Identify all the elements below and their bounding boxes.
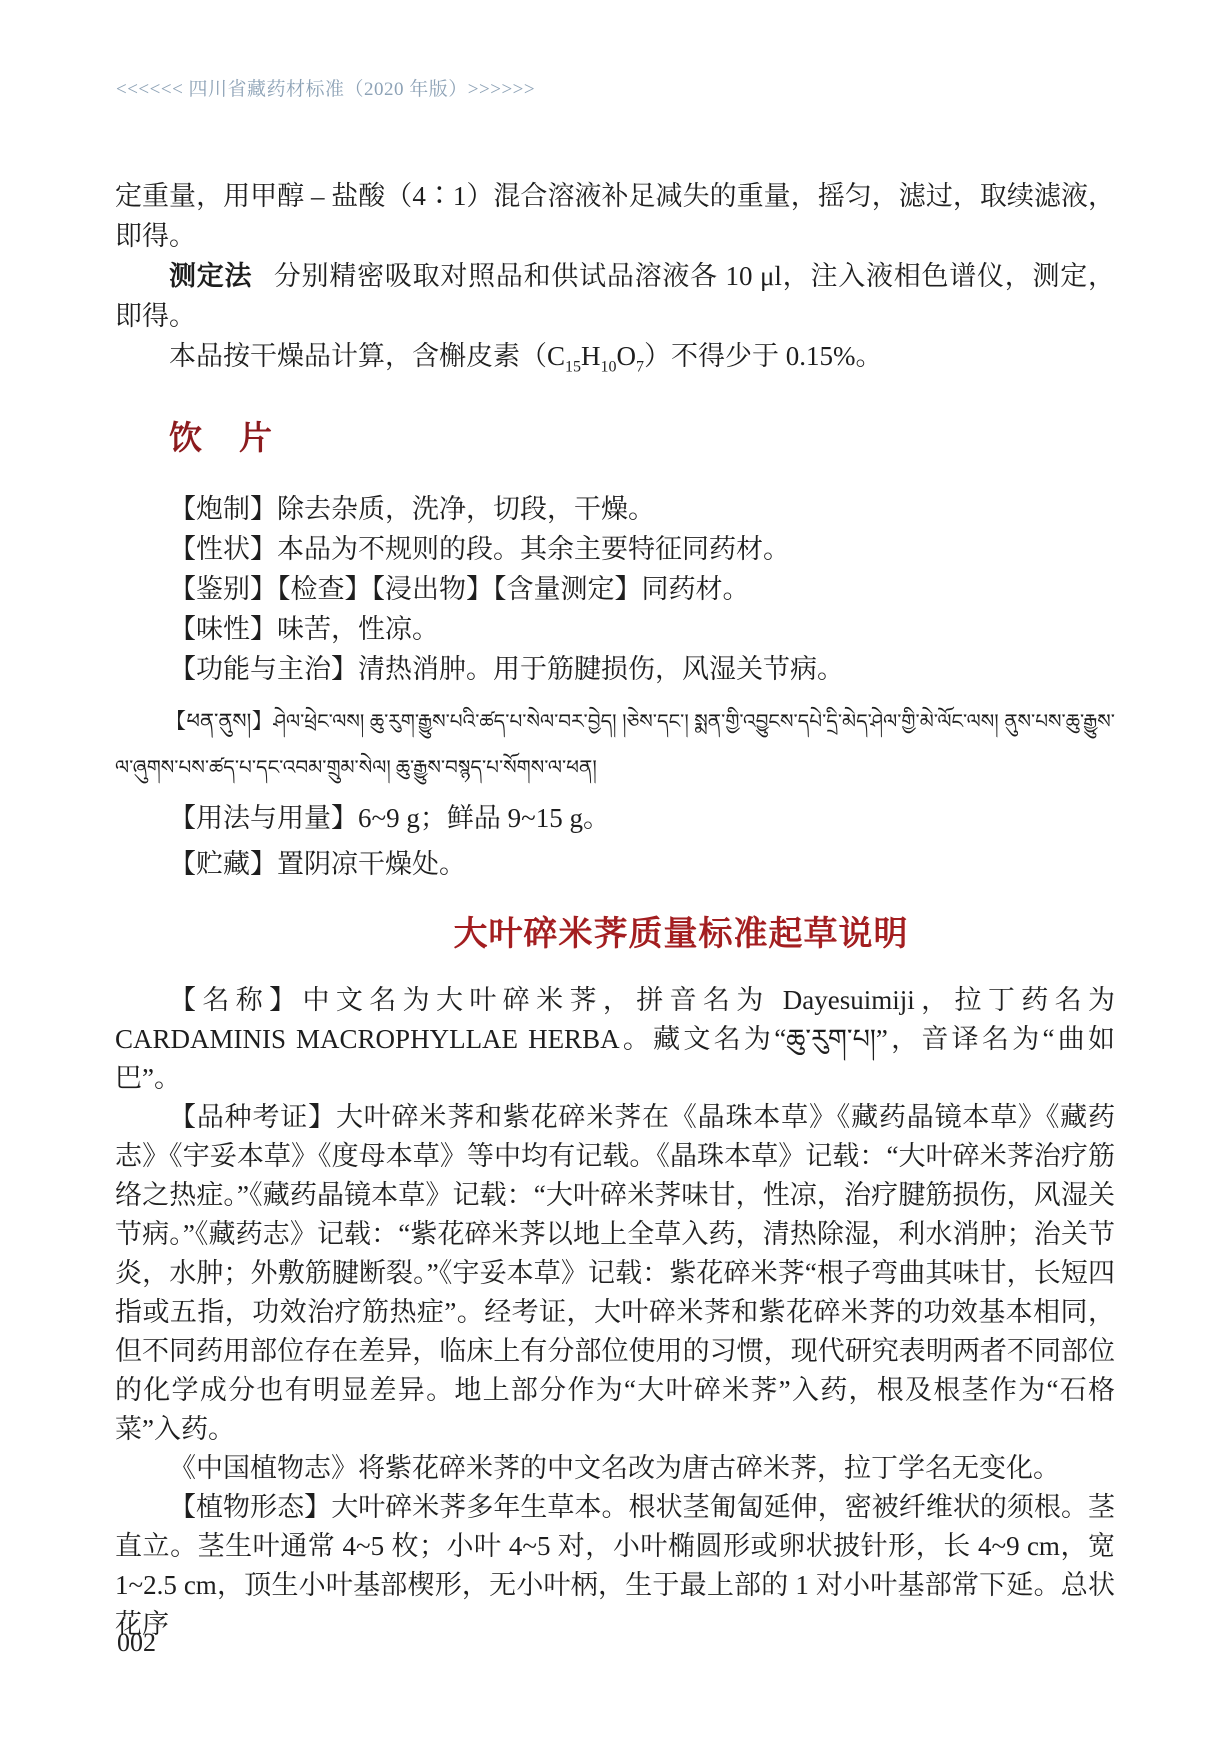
limit-text: O (617, 341, 637, 371)
entry-text: 本品为不规则的段。其余主要特征同药材。 (277, 534, 790, 564)
running-header: <<<<<< 四川省藏药材标准（2020 年版）>>>>>> (116, 74, 535, 101)
entry-text: 同药材。 (642, 574, 750, 604)
para-label: 【品种考证】 (169, 1102, 336, 1132)
para-zhongguo-zhiwuzhi: 《中国植物志》将紫花碎米荠的中文名改为唐古碎米荠，拉丁学名无变化。 (115, 1449, 1115, 1488)
limit-text: H (581, 341, 601, 371)
entry-label: 【功能与主治】 (169, 654, 358, 684)
entry-gongneng-zhuzhi: 【功能与主治】清热消肿。用于筋腱损伤，风湿关节病。 (115, 649, 1115, 689)
assay-method-text: 分别精密吸取对照品和供试品溶液各 10 μl，注入液相色谱仪，测定，即得。 (115, 261, 1115, 331)
entry-text: 清热消肿。用于筋腱损伤，风湿关节病。 (358, 654, 844, 684)
entry-text: 味苦，性凉。 (277, 614, 439, 644)
formula-subscript: 15 (565, 358, 581, 375)
entry-label: 【性状】 (169, 534, 277, 564)
yinpian-entries: 【炮制】除去杂质，洗净，切段，干燥。 【性状】本品为不规则的段。其余主要特征同药… (115, 489, 1115, 884)
continuation-paragraph: 定重量，用甲醇 – 盐酸（4∶1）混合溶液补足减失的重量，摇匀，滤过，取续滤液，… (115, 176, 1115, 256)
document-page: <<<<<< 四川省藏药材标准（2020 年版）>>>>>> 定重量，用甲醇 –… (0, 0, 1228, 1742)
explanation-section: 【名称】中文名为大叶碎米荠，拼音名为 Dayesuimiji，拉丁药名为 CAR… (115, 981, 1115, 1644)
entry-label: 【ཕན་ནུས།】 (165, 710, 273, 733)
para-label: 【名称】 (169, 985, 302, 1015)
entry-xingzhuang: 【性状】本品为不规则的段。其余主要特征同药材。 (115, 529, 1115, 569)
assay-section: 定重量，用甲醇 – 盐酸（4∶1）混合溶液补足减失的重量，摇匀，滤过，取续滤液，… (115, 176, 1115, 376)
entry-label: 【鉴别】【检查】【浸出物】【含量测定】 (169, 574, 642, 604)
para-text: 大叶碎米荠和紫花碎米荠在《晶珠本草》《藏药晶镜本草》《藏药志》《宇妥本草》《度母… (115, 1102, 1115, 1444)
entry-weixing: 【味性】味苦，性凉。 (115, 609, 1115, 649)
formula-subscript: 7 (636, 358, 644, 375)
entry-yongfa-yongliang: 【用法与用量】6~9 g；鲜品 9~15 g。 (115, 798, 1115, 838)
assay-method-label: 测定法 (169, 261, 252, 291)
entry-text: 置阴凉干燥处。 (277, 849, 466, 879)
para-mingcheng: 【名称】中文名为大叶碎米荠，拼音名为 Dayesuimiji，拉丁药名为 CAR… (115, 981, 1115, 1098)
entry-tibetan-efficacy: 【ཕན་ནུས།】ཤེལ་ཕྲེང་ལས། ཆུ་རུག་རྒྱུས་པའི་ཚ… (115, 699, 1115, 791)
entry-label: 【用法与用量】 (169, 803, 358, 833)
page-number: 002 (117, 1628, 156, 1658)
doc-title: 大叶碎米荠质量标准起草说明 (115, 906, 1115, 955)
limit-text: 本品按干燥品计算，含槲皮素（C (169, 341, 565, 371)
entry-zhucang: 【贮藏】置阴凉干燥处。 (115, 844, 1115, 884)
limit-text: ）不得少于 0.15%。 (644, 341, 883, 371)
entry-text: 6~9 g；鲜品 9~15 g。 (358, 803, 610, 833)
section-title-yinpian: 饮 片 (169, 412, 274, 459)
entry-paozhi: 【炮制】除去杂质，洗净，切段，干燥。 (115, 489, 1115, 529)
para-pinzhong-kaozheng: 【品种考证】大叶碎米荠和紫花碎米荠在《晶珠本草》《藏药晶镜本草》《藏药志》《宇妥… (115, 1098, 1115, 1449)
entry-label: 【味性】 (169, 614, 277, 644)
assay-method-paragraph: 测定法分别精密吸取对照品和供试品溶液各 10 μl，注入液相色谱仪，测定，即得。 (115, 256, 1115, 336)
entry-text: 除去杂质，洗净，切段，干燥。 (277, 494, 655, 524)
para-label: 【植物形态】 (169, 1492, 331, 1522)
para-text: 《中国植物志》将紫花碎米荠的中文名改为唐古碎米荠，拉丁学名无变化。 (169, 1453, 1060, 1483)
entry-label: 【炮制】 (169, 494, 277, 524)
content-limit-paragraph: 本品按干燥品计算，含槲皮素（C15H10O7）不得少于 0.15%。 (115, 336, 1115, 376)
formula-subscript: 10 (601, 358, 617, 375)
para-zhiwu-xingtai: 【植物形态】大叶碎米荠多年生草本。根状茎匍匐延伸，密被纤维状的须根。茎直立。茎生… (115, 1488, 1115, 1644)
entry-jianbie-jiancha: 【鉴别】【检查】【浸出物】【含量测定】同药材。 (115, 569, 1115, 609)
entry-label: 【贮藏】 (169, 849, 277, 879)
